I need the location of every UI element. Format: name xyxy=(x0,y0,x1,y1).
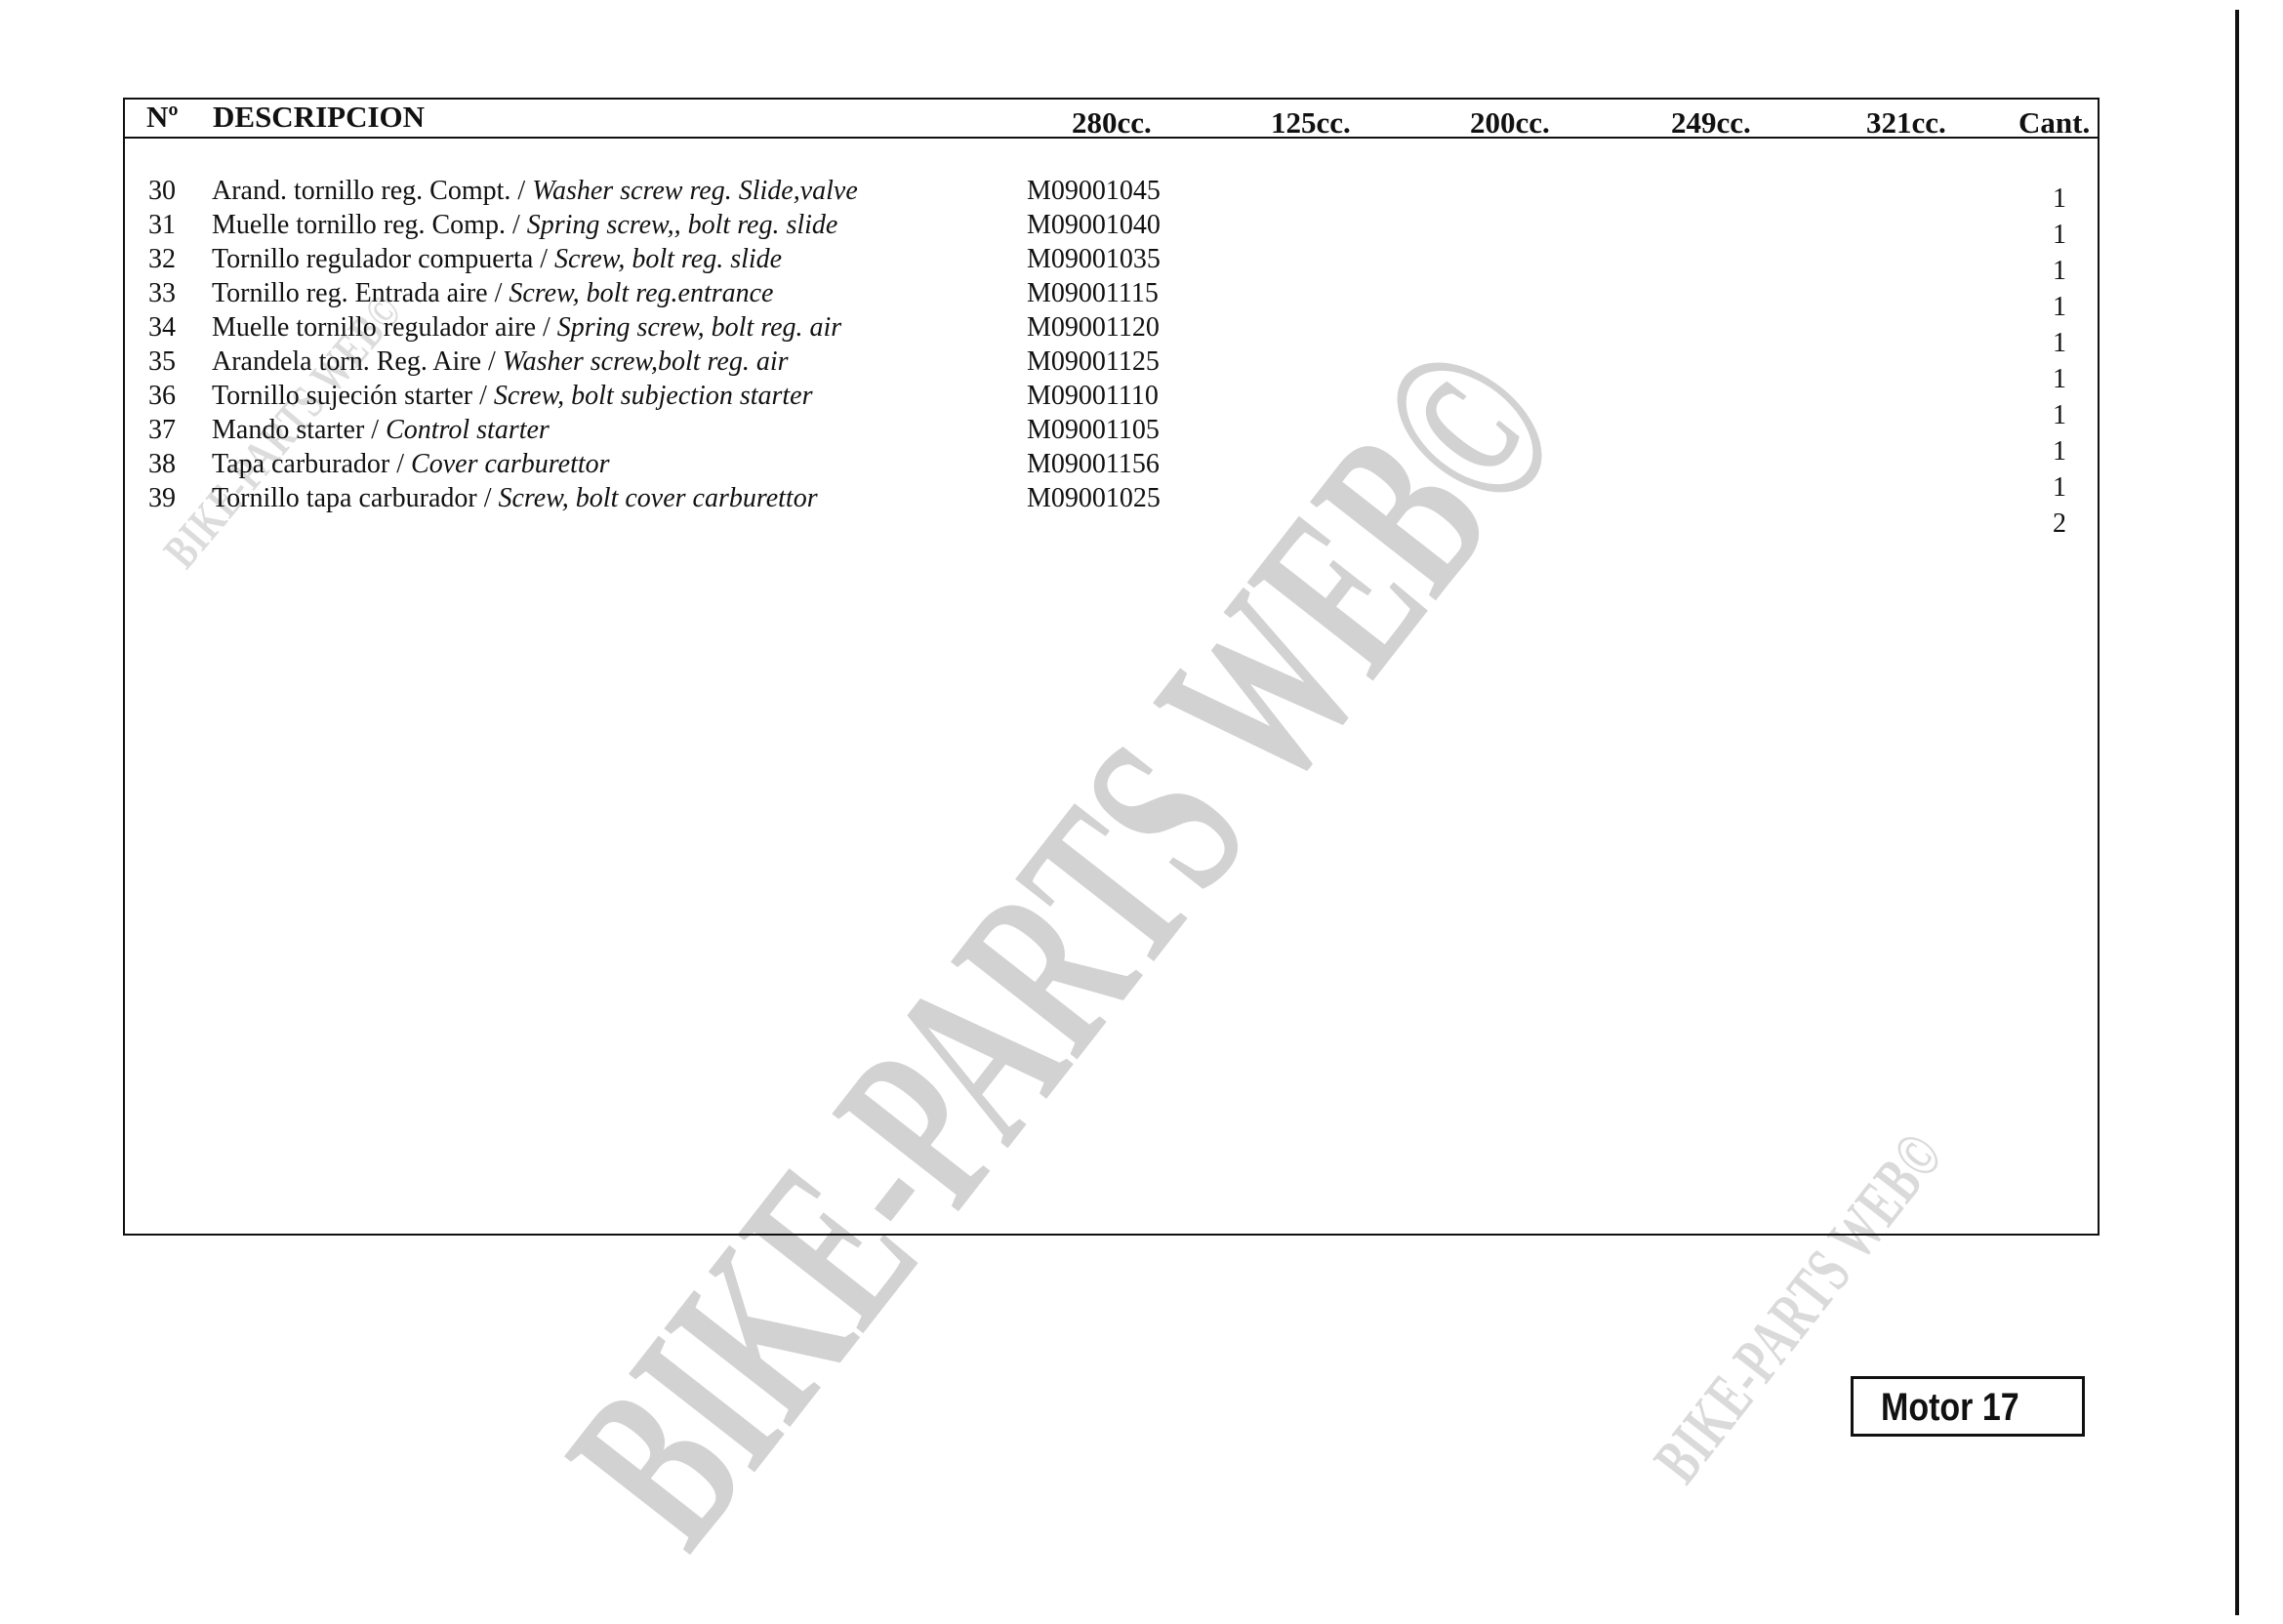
part-code-280cc: M09001156 xyxy=(1027,447,1160,481)
description-english: Screw, bolt reg.entrance xyxy=(509,278,773,308)
section-label: Motor 17 xyxy=(1881,1385,2019,1430)
item-number: 35 xyxy=(148,345,176,379)
table-row: 33Tornillo reg. Entrada aire / Screw, bo… xyxy=(0,276,2283,310)
description-english: Cover carburettor xyxy=(411,449,610,479)
item-number: 37 xyxy=(148,413,176,447)
description-spanish: Mando starter / xyxy=(212,415,386,445)
table-row: 31Muelle tornillo reg. Comp. / Spring sc… xyxy=(0,208,2283,242)
item-description: Arand. tornillo reg. Compt. / Washer scr… xyxy=(212,174,858,208)
description-spanish: Tapa carburador / xyxy=(212,449,411,479)
description-english: Spring screw, bolt reg. air xyxy=(557,312,841,343)
item-number: 30 xyxy=(148,174,176,208)
item-description: Tornillo regulador compuerta / Screw, bo… xyxy=(212,242,782,276)
table-row: 34Muelle tornillo regulador aire / Sprin… xyxy=(0,310,2283,345)
part-code-280cc: M09001105 xyxy=(1027,413,1160,447)
part-code-280cc: M09001025 xyxy=(1027,481,1161,515)
item-description: Muelle tornillo reg. Comp. / Spring scre… xyxy=(212,208,837,242)
table-row: 35Arandela torn. Reg. Aire / Washer scre… xyxy=(0,345,2283,379)
item-description: Tornillo sujeción starter / Screw, bolt … xyxy=(212,379,813,413)
header-249cc: 249cc. xyxy=(1671,105,1751,141)
item-description: Arandela torn. Reg. Aire / Washer screw,… xyxy=(212,345,789,379)
table-row: 37Mando starter / Control starterM090011… xyxy=(0,413,2283,447)
description-spanish: Tornillo reg. Entrada aire / xyxy=(212,278,509,308)
description-spanish: Tornillo tapa carburador / xyxy=(212,483,498,513)
item-number: 38 xyxy=(148,447,176,481)
header-321cc: 321cc. xyxy=(1866,105,1946,141)
part-code-280cc: M09001120 xyxy=(1027,310,1160,345)
description-english: Washer screw,bolt reg. air xyxy=(503,346,789,377)
table-row: 32Tornillo regulador compuerta / Screw, … xyxy=(0,242,2283,276)
item-description: Muelle tornillo regulador aire / Spring … xyxy=(212,310,841,345)
table-row: 30Arand. tornillo reg. Compt. / Washer s… xyxy=(0,174,2283,208)
item-number: 33 xyxy=(148,276,176,310)
part-code-280cc: M09001125 xyxy=(1027,345,1160,379)
table-row: 36Tornillo sujeción starter / Screw, bol… xyxy=(0,379,2283,413)
description-english: Screw, bolt subjection starter xyxy=(494,381,813,411)
item-number: 32 xyxy=(148,242,176,276)
description-spanish: Arandela torn. Reg. Aire / xyxy=(212,346,503,377)
description-english: Washer screw reg. Slide,valve xyxy=(532,176,858,206)
header-280cc: 280cc. xyxy=(1072,105,1152,141)
item-number: 39 xyxy=(148,481,176,515)
part-code-280cc: M09001115 xyxy=(1027,276,1159,310)
description-english: Screw, bolt reg. slide xyxy=(554,244,782,274)
item-number: 31 xyxy=(148,208,176,242)
part-code-280cc: M09001040 xyxy=(1027,208,1161,242)
header-200cc: 200cc. xyxy=(1470,105,1550,141)
item-number: 34 xyxy=(148,310,176,345)
part-code-280cc: M09001035 xyxy=(1027,242,1161,276)
description-english: Control starter xyxy=(386,415,550,445)
description-spanish: Tornillo sujeción starter / xyxy=(212,381,494,411)
header-number: Nº xyxy=(146,100,179,135)
header-quantity: Cant. xyxy=(2018,105,2090,141)
item-quantity: 2 xyxy=(2048,507,2071,541)
description-spanish: Muelle tornillo reg. Comp. / xyxy=(212,210,527,240)
header-125cc: 125cc. xyxy=(1271,105,1351,141)
part-code-280cc: M09001045 xyxy=(1027,174,1161,208)
description-spanish: Tornillo regulador compuerta / xyxy=(212,244,554,274)
parts-list-page: BIKE-PARTS WEB© BIKE-PARTS WEB© BIKE-PAR… xyxy=(0,0,2283,1624)
table-row: 39Tornillo tapa carburador / Screw, bolt… xyxy=(0,481,2283,515)
description-english: Screw, bolt cover carburettor xyxy=(498,483,817,513)
header-description: DESCRIPCION xyxy=(213,100,425,135)
description-english: Spring screw,, bolt reg. slide xyxy=(527,210,838,240)
item-description: Tornillo tapa carburador / Screw, bolt c… xyxy=(212,481,818,515)
section-label-box: Motor 17 xyxy=(1851,1376,2085,1437)
item-description: Tapa carburador / Cover carburettor xyxy=(212,447,610,481)
description-spanish: Arand. tornillo reg. Compt. / xyxy=(212,176,532,206)
item-number: 36 xyxy=(148,379,176,413)
item-description: Tornillo reg. Entrada aire / Screw, bolt… xyxy=(212,276,774,310)
part-code-280cc: M09001110 xyxy=(1027,379,1159,413)
table-row: 38Tapa carburador / Cover carburettorM09… xyxy=(0,447,2283,481)
description-spanish: Muelle tornillo regulador aire / xyxy=(212,312,557,343)
item-description: Mando starter / Control starter xyxy=(212,413,550,447)
